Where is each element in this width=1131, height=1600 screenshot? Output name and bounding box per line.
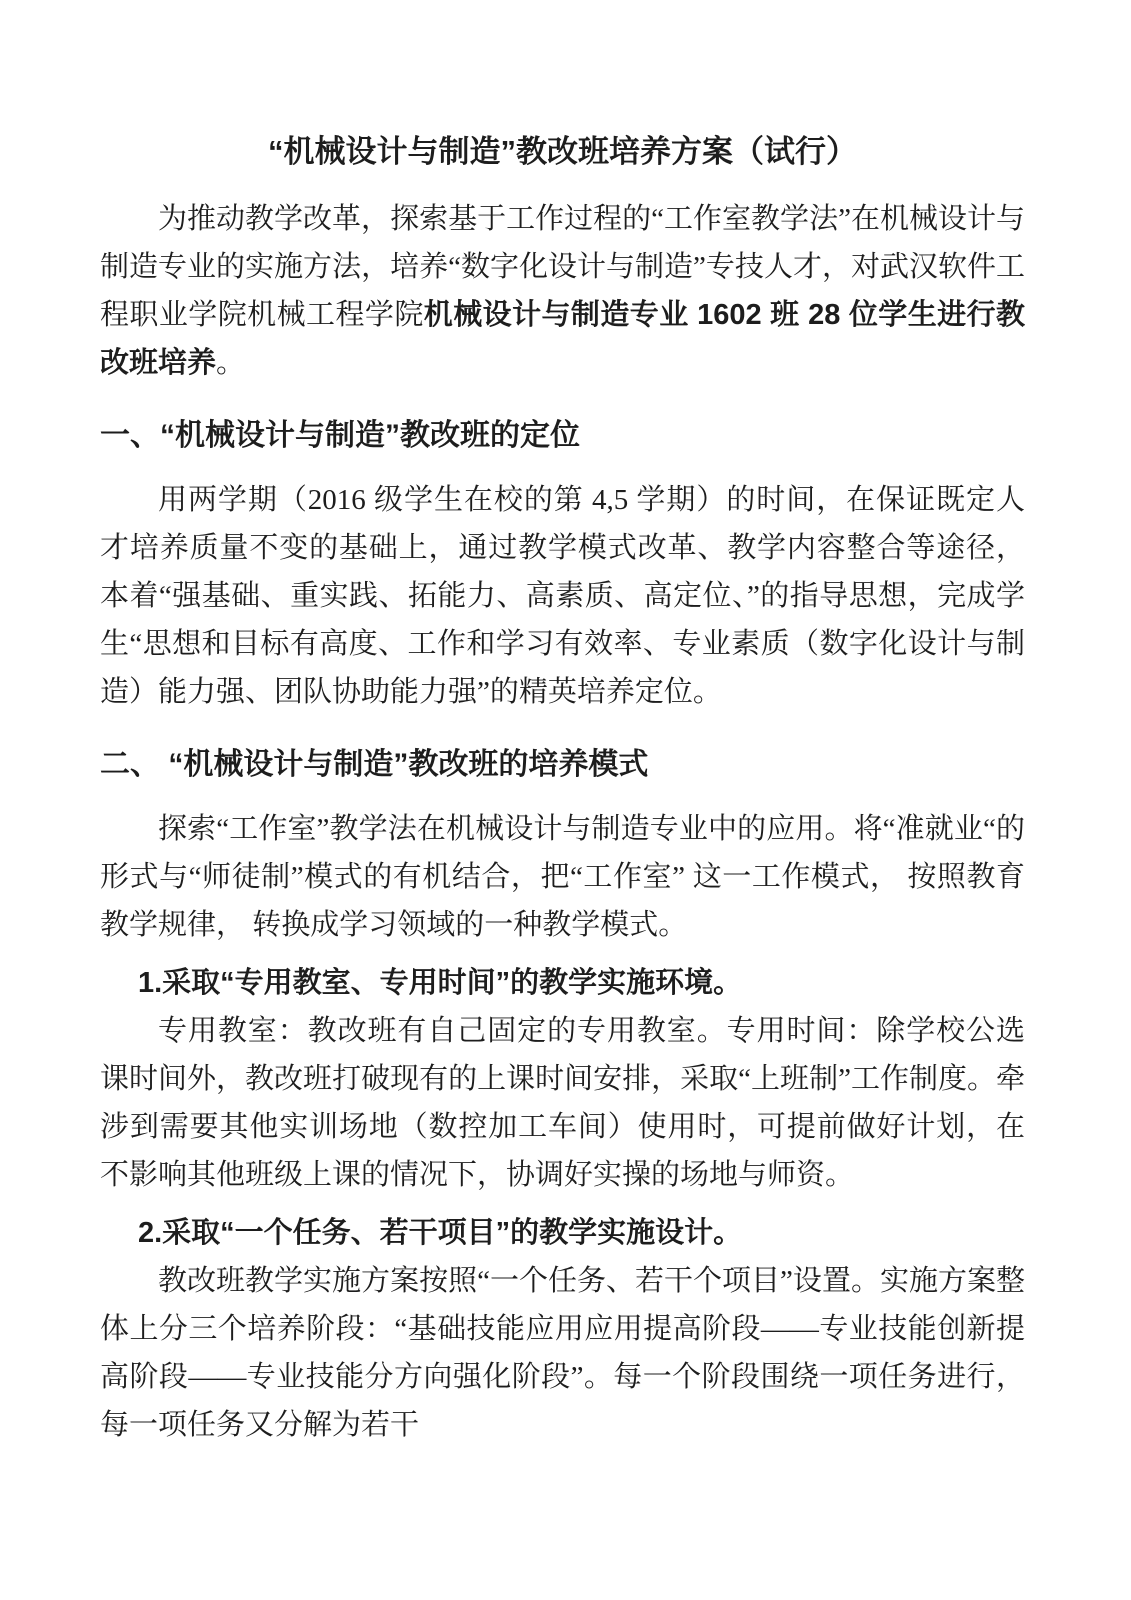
intro-text-tail: 。 xyxy=(216,347,245,379)
document-title: “机械设计与制造”教改班培养方案（试行） xyxy=(100,128,1025,176)
subsection-2-paragraph: 教改班教学实施方案按照“一个任务、若干个项目”设置。实施方案整体上分三个培养阶段… xyxy=(100,1257,1025,1449)
document-page: “机械设计与制造”教改班培养方案（试行） 为推动教学改革，探索基于工作过程的“工… xyxy=(0,0,1131,1600)
subsection-1-paragraph: 专用教室：教改班有自己固定的专用教室。专用时间：除学校公选课时间外，教改班打破现… xyxy=(100,1007,1025,1199)
intro-paragraph: 为推动教学改革，探索基于工作过程的“工作室教学法”在机械设计与制造专业的实施方法… xyxy=(100,195,1025,387)
section-1-heading: 一、“机械设计与制造”教改班的定位 xyxy=(100,412,1025,460)
subsection-2-heading: 2.采取“一个任务、若干项目”的教学实施设计。 xyxy=(100,1209,1025,1257)
subsection-1-heading: 1.采取“专用教室、专用时间”的教学实施环境。 xyxy=(100,959,1025,1007)
section-1-paragraph: 用两学期（2016 级学生在校的第 4,5 学期）的时间，在保证既定人才培养质量… xyxy=(100,476,1025,716)
section-2-heading: 二、 “机械设计与制造”教改班的培养模式 xyxy=(100,741,1025,789)
section-2-paragraph: 探索“工作室”教学法在机械设计与制造专业中的应用。将“准就业“的形式与“师徒制”… xyxy=(100,805,1025,949)
